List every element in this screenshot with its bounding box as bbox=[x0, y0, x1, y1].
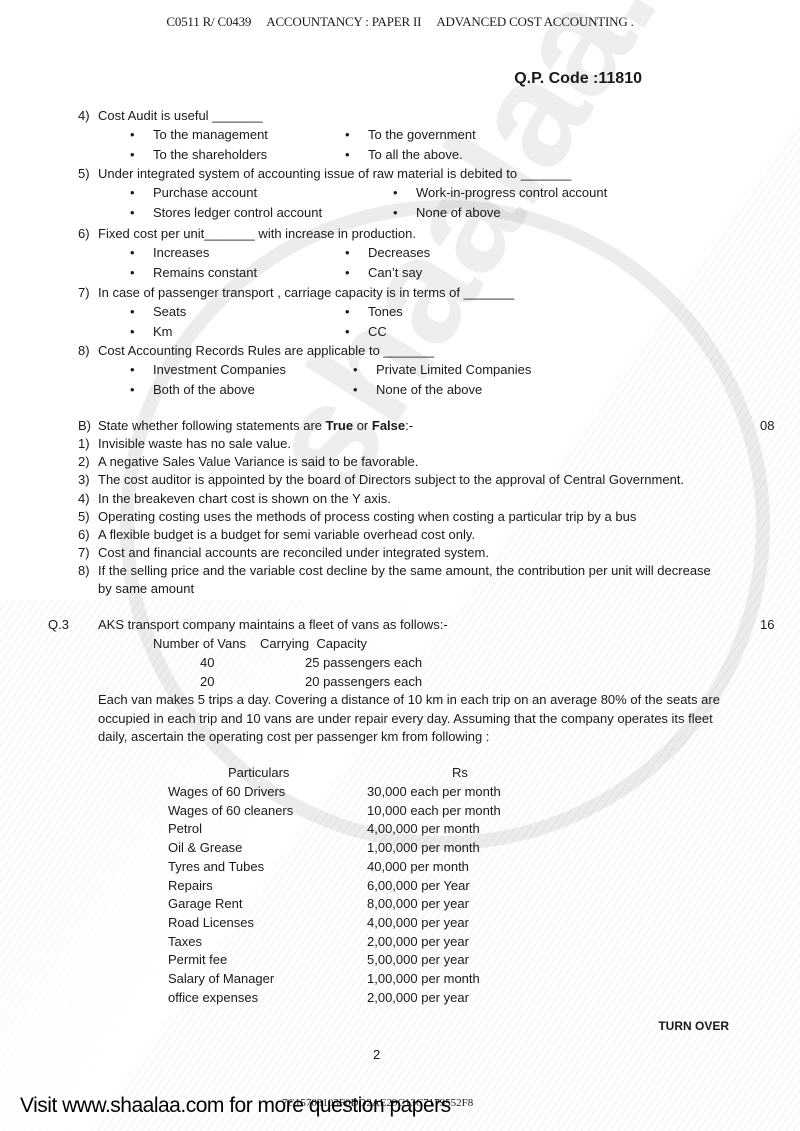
option-text: To the management bbox=[153, 127, 268, 142]
fleet-vans-count: 40 bbox=[200, 655, 214, 670]
cost-particular: Wages of 60 Drivers bbox=[168, 784, 285, 799]
statement-number: 1) bbox=[78, 436, 90, 451]
question-number: 6) bbox=[78, 226, 90, 241]
option-bullet: • bbox=[345, 324, 350, 339]
cost-particular: Petrol bbox=[168, 821, 202, 836]
option-bullet: • bbox=[130, 304, 135, 319]
option-bullet: • bbox=[130, 127, 135, 142]
cost-amount: 1,00,000 per month bbox=[367, 971, 480, 986]
cost-particular: Repairs bbox=[168, 878, 213, 893]
option-bullet: • bbox=[130, 185, 135, 200]
option-bullet: • bbox=[353, 382, 358, 397]
true-word: True bbox=[326, 418, 353, 433]
subject: ACCOUNTANCY : PAPER II bbox=[266, 14, 421, 29]
statement-number: 2) bbox=[78, 454, 90, 469]
cost-header-rs: Rs bbox=[452, 765, 468, 780]
qp-code: Q.P. Code :11810 bbox=[514, 70, 642, 88]
option-bullet: • bbox=[130, 245, 135, 260]
paper-title: ADVANCED COST ACCOUNTING . bbox=[436, 14, 633, 29]
cost-particular: Wages of 60 cleaners bbox=[168, 803, 293, 818]
fleet-header-capacity: Carrying Capacity bbox=[260, 636, 367, 651]
cost-particular: Garage Rent bbox=[168, 896, 242, 911]
option-text: Seats bbox=[153, 304, 186, 319]
fleet-header-vans: Number of Vans bbox=[153, 636, 246, 651]
option-bullet: • bbox=[393, 205, 398, 220]
cost-amount: 30,000 each per month bbox=[367, 784, 501, 799]
option-bullet: • bbox=[130, 205, 135, 220]
option-bullet: • bbox=[345, 265, 350, 280]
option-text: Km bbox=[153, 324, 173, 339]
statement-number: 6) bbox=[78, 527, 90, 542]
or-word: or bbox=[353, 418, 372, 433]
option-text: Both of the above bbox=[153, 382, 255, 397]
option-text: None of above bbox=[416, 205, 501, 220]
option-text: CC bbox=[368, 324, 387, 339]
option-bullet: • bbox=[130, 324, 135, 339]
option-bullet: • bbox=[345, 127, 350, 142]
section-b-label: B) bbox=[78, 418, 91, 433]
statement-text: Invisible waste has no sale value. bbox=[98, 436, 291, 451]
cost-particular: Taxes bbox=[168, 934, 202, 949]
question-text: Cost Accounting Records Rules are applic… bbox=[98, 343, 434, 358]
statement-number: 8) bbox=[78, 563, 90, 578]
cost-amount: 2,00,000 per year bbox=[367, 934, 469, 949]
question-number: 5) bbox=[78, 166, 90, 181]
question-text: In case of passenger transport , carriag… bbox=[98, 285, 514, 300]
option-text: Purchase account bbox=[153, 185, 257, 200]
turn-over-label: TURN OVER bbox=[658, 1019, 729, 1033]
option-bullet: • bbox=[130, 362, 135, 377]
cost-amount: 10,000 each per month bbox=[367, 803, 501, 818]
cost-particular: Road Licenses bbox=[168, 915, 254, 930]
fleet-capacity: 20 passengers each bbox=[305, 674, 422, 689]
cost-particular: Oil & Grease bbox=[168, 840, 242, 855]
statement-text: If the selling price and the variable co… bbox=[98, 563, 711, 578]
statement-number: 4) bbox=[78, 491, 90, 506]
statement-text: In the breakeven chart cost is shown on … bbox=[98, 491, 391, 506]
visit-link-text[interactable]: Visit www.shaalaa.com for more question … bbox=[20, 1094, 451, 1118]
option-text: Private Limited Companies bbox=[376, 362, 531, 377]
option-text: To the government bbox=[368, 127, 476, 142]
option-bullet: • bbox=[130, 265, 135, 280]
statement-text: Operating costing uses the methods of pr… bbox=[98, 509, 636, 524]
cost-amount: 1,00,000 per month bbox=[367, 840, 480, 855]
cost-amount: 8,00,000 per year bbox=[367, 896, 469, 911]
cost-amount: 6,00,000 per Year bbox=[367, 878, 470, 893]
instruction-text: State whether following statements are bbox=[98, 418, 326, 433]
false-word: False bbox=[372, 418, 405, 433]
cost-particular: office expenses bbox=[168, 990, 258, 1005]
option-text: None of the above bbox=[376, 382, 482, 397]
option-text: To the shareholders bbox=[153, 147, 267, 162]
option-text: Decreases bbox=[368, 245, 430, 260]
page-number: 2 bbox=[373, 1047, 380, 1062]
q3-paragraph-line: daily, ascertain the operating cost per … bbox=[98, 729, 489, 744]
statement-continuation: by same amount bbox=[98, 581, 194, 596]
question-number: 8) bbox=[78, 343, 90, 358]
question-number: 4) bbox=[78, 108, 90, 123]
option-text: Stores ledger control account bbox=[153, 205, 322, 220]
fleet-capacity: 25 passengers each bbox=[305, 655, 422, 670]
cost-particular: Salary of Manager bbox=[168, 971, 274, 986]
option-bullet: • bbox=[130, 147, 135, 162]
section-b-marks: 08 bbox=[760, 418, 774, 433]
statement-text: Cost and financial accounts are reconcil… bbox=[98, 545, 489, 560]
option-text: Increases bbox=[153, 245, 209, 260]
course-code: C0511 R/ C0439 bbox=[166, 14, 251, 29]
section-b-instruction: State whether following statements are T… bbox=[98, 418, 413, 433]
option-text: Work-in-progress control account bbox=[416, 185, 607, 200]
statement-text: A negative Sales Value Variance is said … bbox=[98, 454, 418, 469]
cost-amount: 5,00,000 per year bbox=[367, 952, 469, 967]
option-bullet: • bbox=[345, 245, 350, 260]
option-text: Investment Companies bbox=[153, 362, 286, 377]
option-bullet: • bbox=[345, 147, 350, 162]
fleet-vans-count: 20 bbox=[200, 674, 214, 689]
instruction-suffix: :- bbox=[405, 418, 413, 433]
question-text: Cost Audit is useful _______ bbox=[98, 108, 263, 123]
option-bullet: • bbox=[130, 382, 135, 397]
option-bullet: • bbox=[345, 304, 350, 319]
option-text: Remains constant bbox=[153, 265, 257, 280]
statement-number: 7) bbox=[78, 545, 90, 560]
q3-paragraph-line: occupied in each trip and 10 vans are un… bbox=[98, 711, 713, 726]
q3-label: Q.3 bbox=[48, 617, 69, 632]
q3-intro: AKS transport company maintains a fleet … bbox=[98, 617, 448, 632]
cost-particular: Permit fee bbox=[168, 952, 227, 967]
option-bullet: • bbox=[393, 185, 398, 200]
statement-text: The cost auditor is appointed by the boa… bbox=[98, 472, 684, 487]
cost-amount: 4,00,000 per month bbox=[367, 821, 480, 836]
q3-marks: 16 bbox=[760, 617, 774, 632]
cost-header-particulars: Particulars bbox=[228, 765, 289, 780]
question-text: Fixed cost per unit_______ with increase… bbox=[98, 226, 416, 241]
cost-particular: Tyres and Tubes bbox=[168, 859, 264, 874]
option-text: Tones bbox=[368, 304, 403, 319]
cost-amount: 4,00,000 per year bbox=[367, 915, 469, 930]
question-number: 7) bbox=[78, 285, 90, 300]
paper-header: C0511 R/ C0439 ACCOUNTANCY : PAPER II AD… bbox=[0, 14, 800, 30]
cost-amount: 40,000 per month bbox=[367, 859, 469, 874]
statement-number: 3) bbox=[78, 472, 90, 487]
statement-text: A flexible budget is a budget for semi v… bbox=[98, 527, 475, 542]
statement-number: 5) bbox=[78, 509, 90, 524]
option-text: Can’t say bbox=[368, 265, 422, 280]
option-bullet: • bbox=[353, 362, 358, 377]
q3-paragraph-line: Each van makes 5 trips a day. Covering a… bbox=[98, 692, 720, 707]
option-text: To all the above. bbox=[368, 147, 463, 162]
cost-amount: 2,00,000 per year bbox=[367, 990, 469, 1005]
question-text: Under integrated system of accounting is… bbox=[98, 166, 571, 181]
